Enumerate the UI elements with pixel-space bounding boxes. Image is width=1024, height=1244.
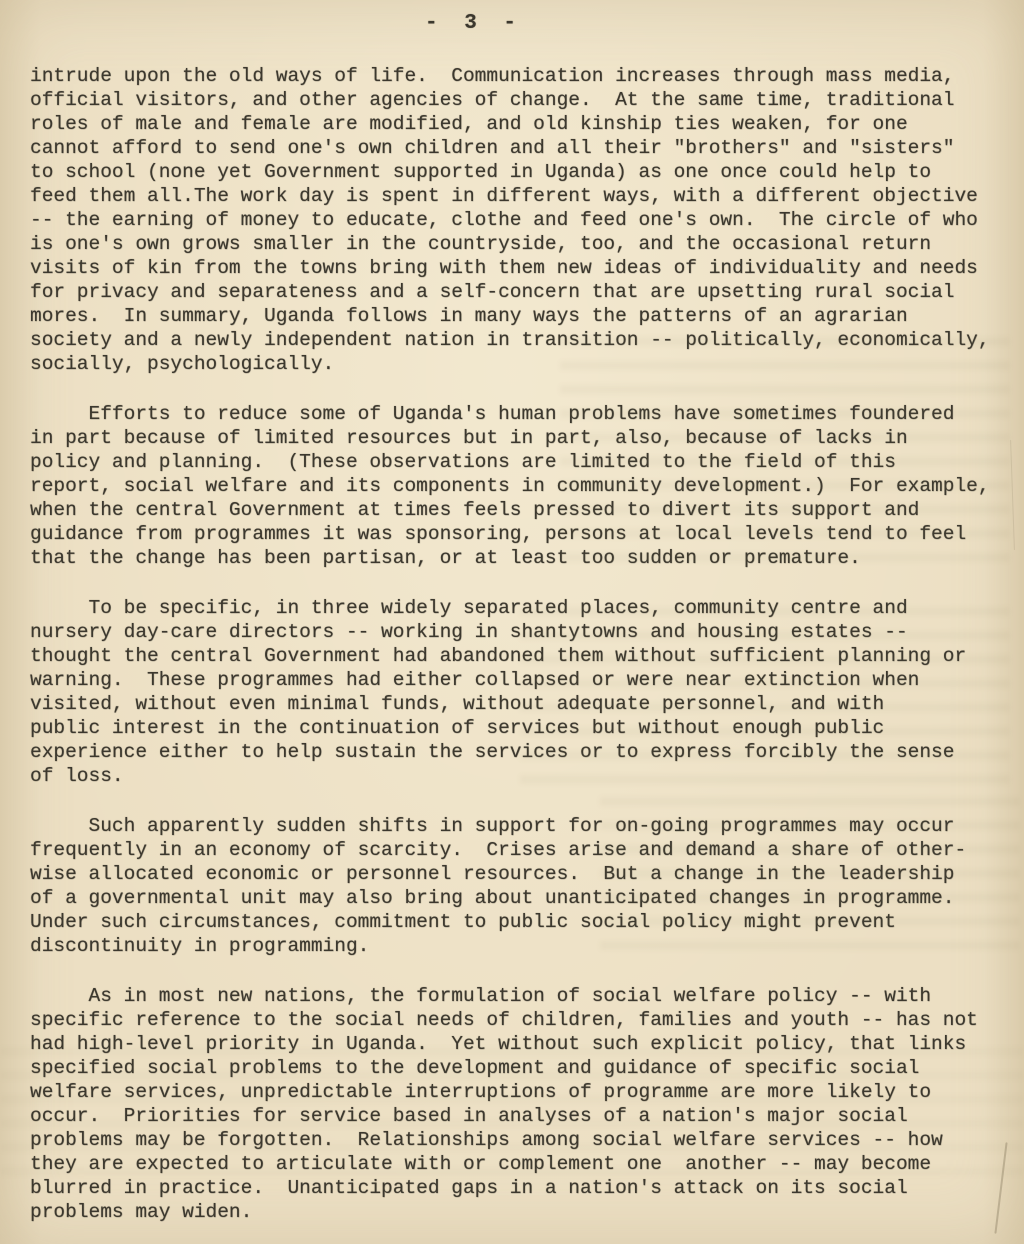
document-body: intrude upon the old ways of life. Commu… (0, 64, 1024, 1224)
document-page: - 3 - intrude upon the old ways of life.… (0, 0, 1024, 1244)
paragraph-2: Efforts to reduce some of Uganda's human… (30, 402, 1024, 570)
paragraph-5: As in most new nations, the formulation … (30, 984, 1024, 1224)
paragraph-4: Such apparently sudden shifts in support… (30, 814, 1024, 958)
paragraph-3: To be specific, in three widely separate… (30, 596, 1024, 788)
page-number: - 3 - (0, 12, 986, 36)
paragraph-1: intrude upon the old ways of life. Commu… (30, 64, 1024, 376)
